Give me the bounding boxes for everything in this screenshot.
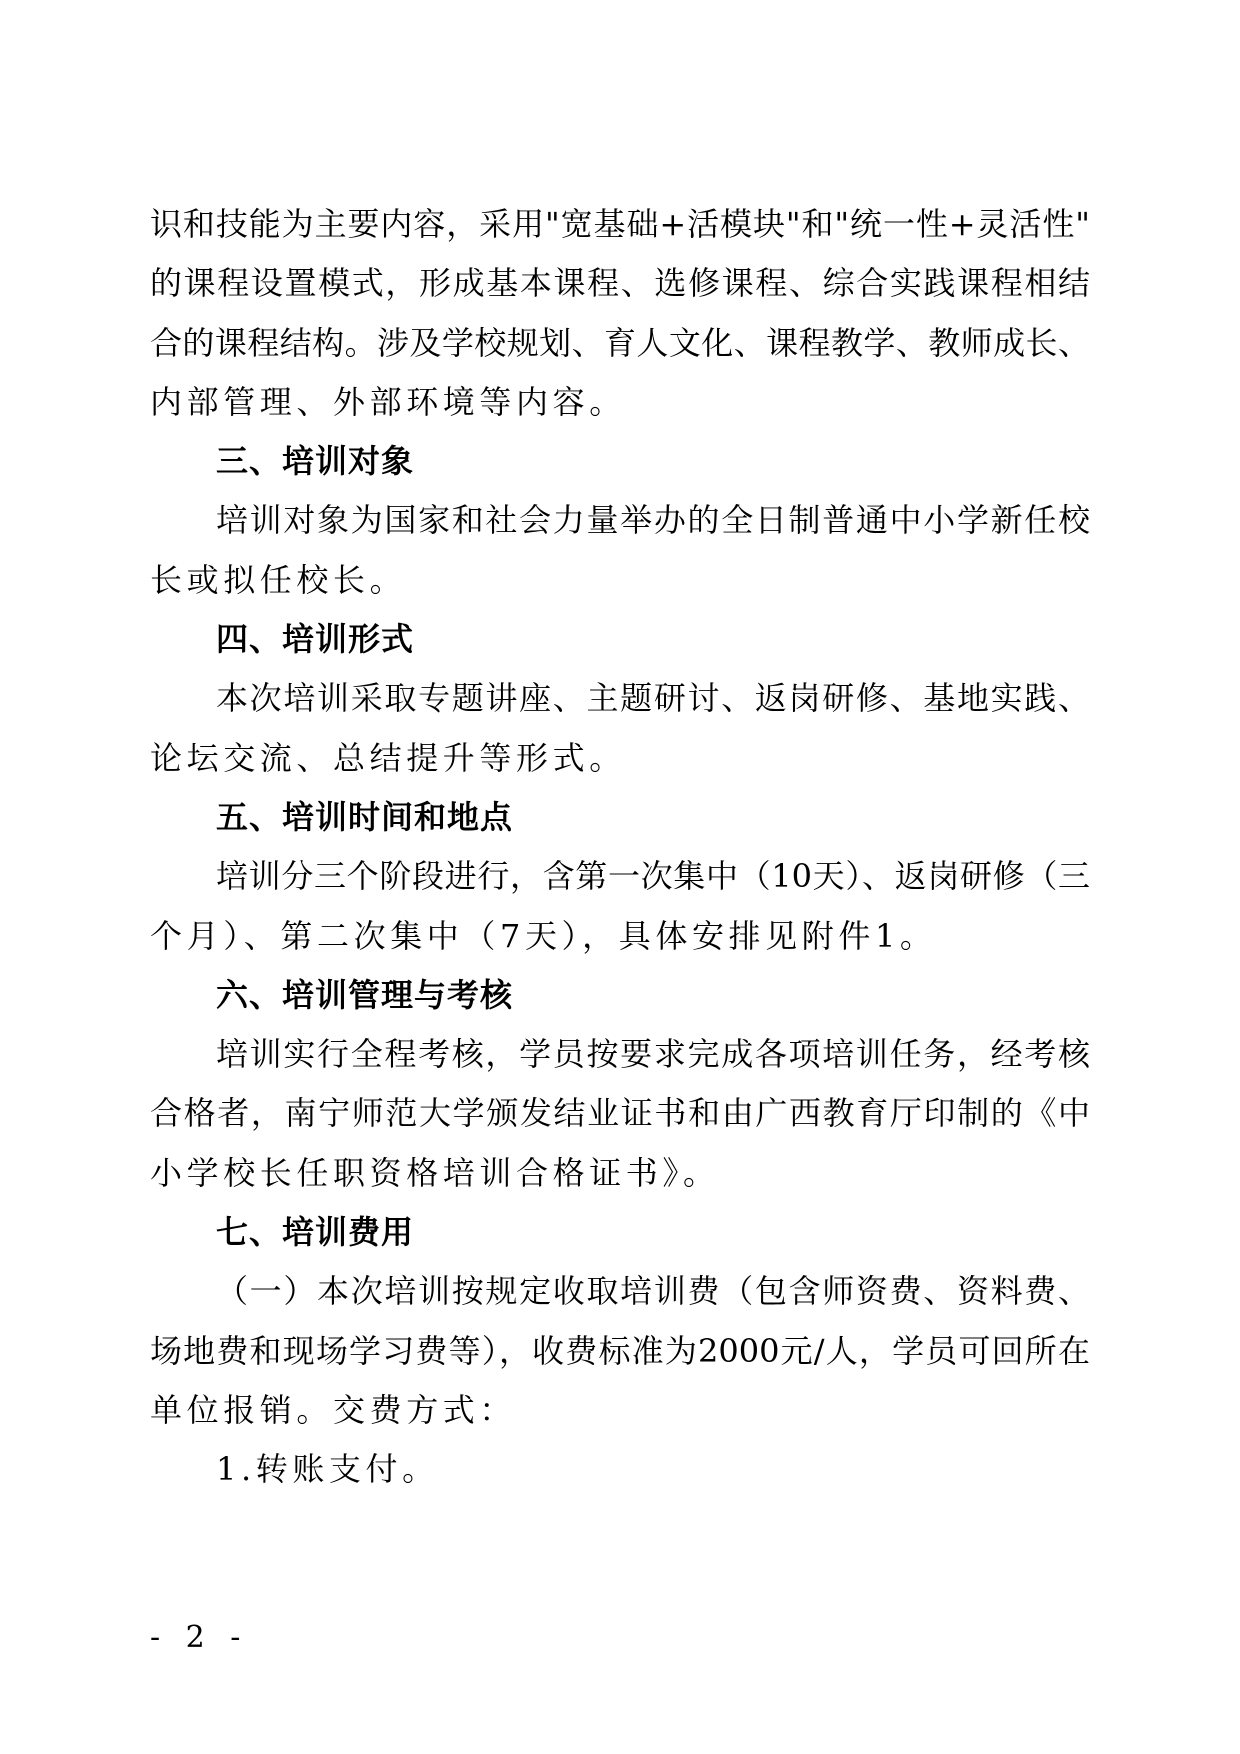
section-heading-training-fees: 七、培训费用 [150,1203,1090,1262]
body-text-line: 培训对象为国家和社会力量举办的全日制普通中小学新任校 [150,491,1090,550]
body-text-line: 合的课程结构。涉及学校规划、育人文化、课程教学、教师成长、 [150,314,1090,373]
page-number: - 2 - [150,1620,248,1655]
section-heading-training-format: 四、培训形式 [150,610,1090,669]
section-heading-time-and-location: 五、培训时间和地点 [150,788,1090,847]
document-page: 识和技能为主要内容，采用"宽基础+活模块"和"统一性+灵活性" 的课程设置模式，… [0,0,1240,1754]
body-text-line: 的课程设置模式，形成基本课程、选修课程、综合实践课程相结 [150,254,1090,313]
list-item-transfer-payment: 1.转账支付。 [150,1440,1090,1499]
body-text-line: 合格者，南宁师范大学颁发结业证书和由广西教育厅印制的《中 [150,1084,1090,1143]
body-text-line: 培训实行全程考核，学员按要求完成各项培训任务，经考核 [150,1025,1090,1084]
body-text-line: 内部管理、外部环境等内容。 [150,373,1090,432]
body-text-line: 识和技能为主要内容，采用"宽基础+活模块"和"统一性+灵活性" [150,195,1090,254]
body-text-line: 本次培训采取专题讲座、主题研讨、返岗研修、基地实践、 [150,669,1090,728]
body-text-line: 场地费和现场学习费等），收费标准为2000元/人，学员可回所在 [150,1322,1090,1381]
body-text-line: 单位报销。交费方式： [150,1381,1090,1440]
body-text-line: 小学校长任职资格培训合格证书》。 [150,1144,1090,1203]
section-heading-management-and-assessment: 六、培训管理与考核 [150,966,1090,1025]
body-text-line: 个月）、第二次集中（7天），具体安排见附件1。 [150,907,1090,966]
body-text-line: 论坛交流、总结提升等形式。 [150,729,1090,788]
body-text-line: 培训分三个阶段进行，含第一次集中（10天）、返岗研修（三 [150,847,1090,906]
document-body: 识和技能为主要内容，采用"宽基础+活模块"和"统一性+灵活性" 的课程设置模式，… [150,195,1090,1500]
section-heading-training-targets: 三、培训对象 [150,432,1090,491]
body-text-line: 长或拟任校长。 [150,551,1090,610]
body-text-line: （一）本次培训按规定收取培训费（包含师资费、资料费、 [150,1262,1090,1321]
